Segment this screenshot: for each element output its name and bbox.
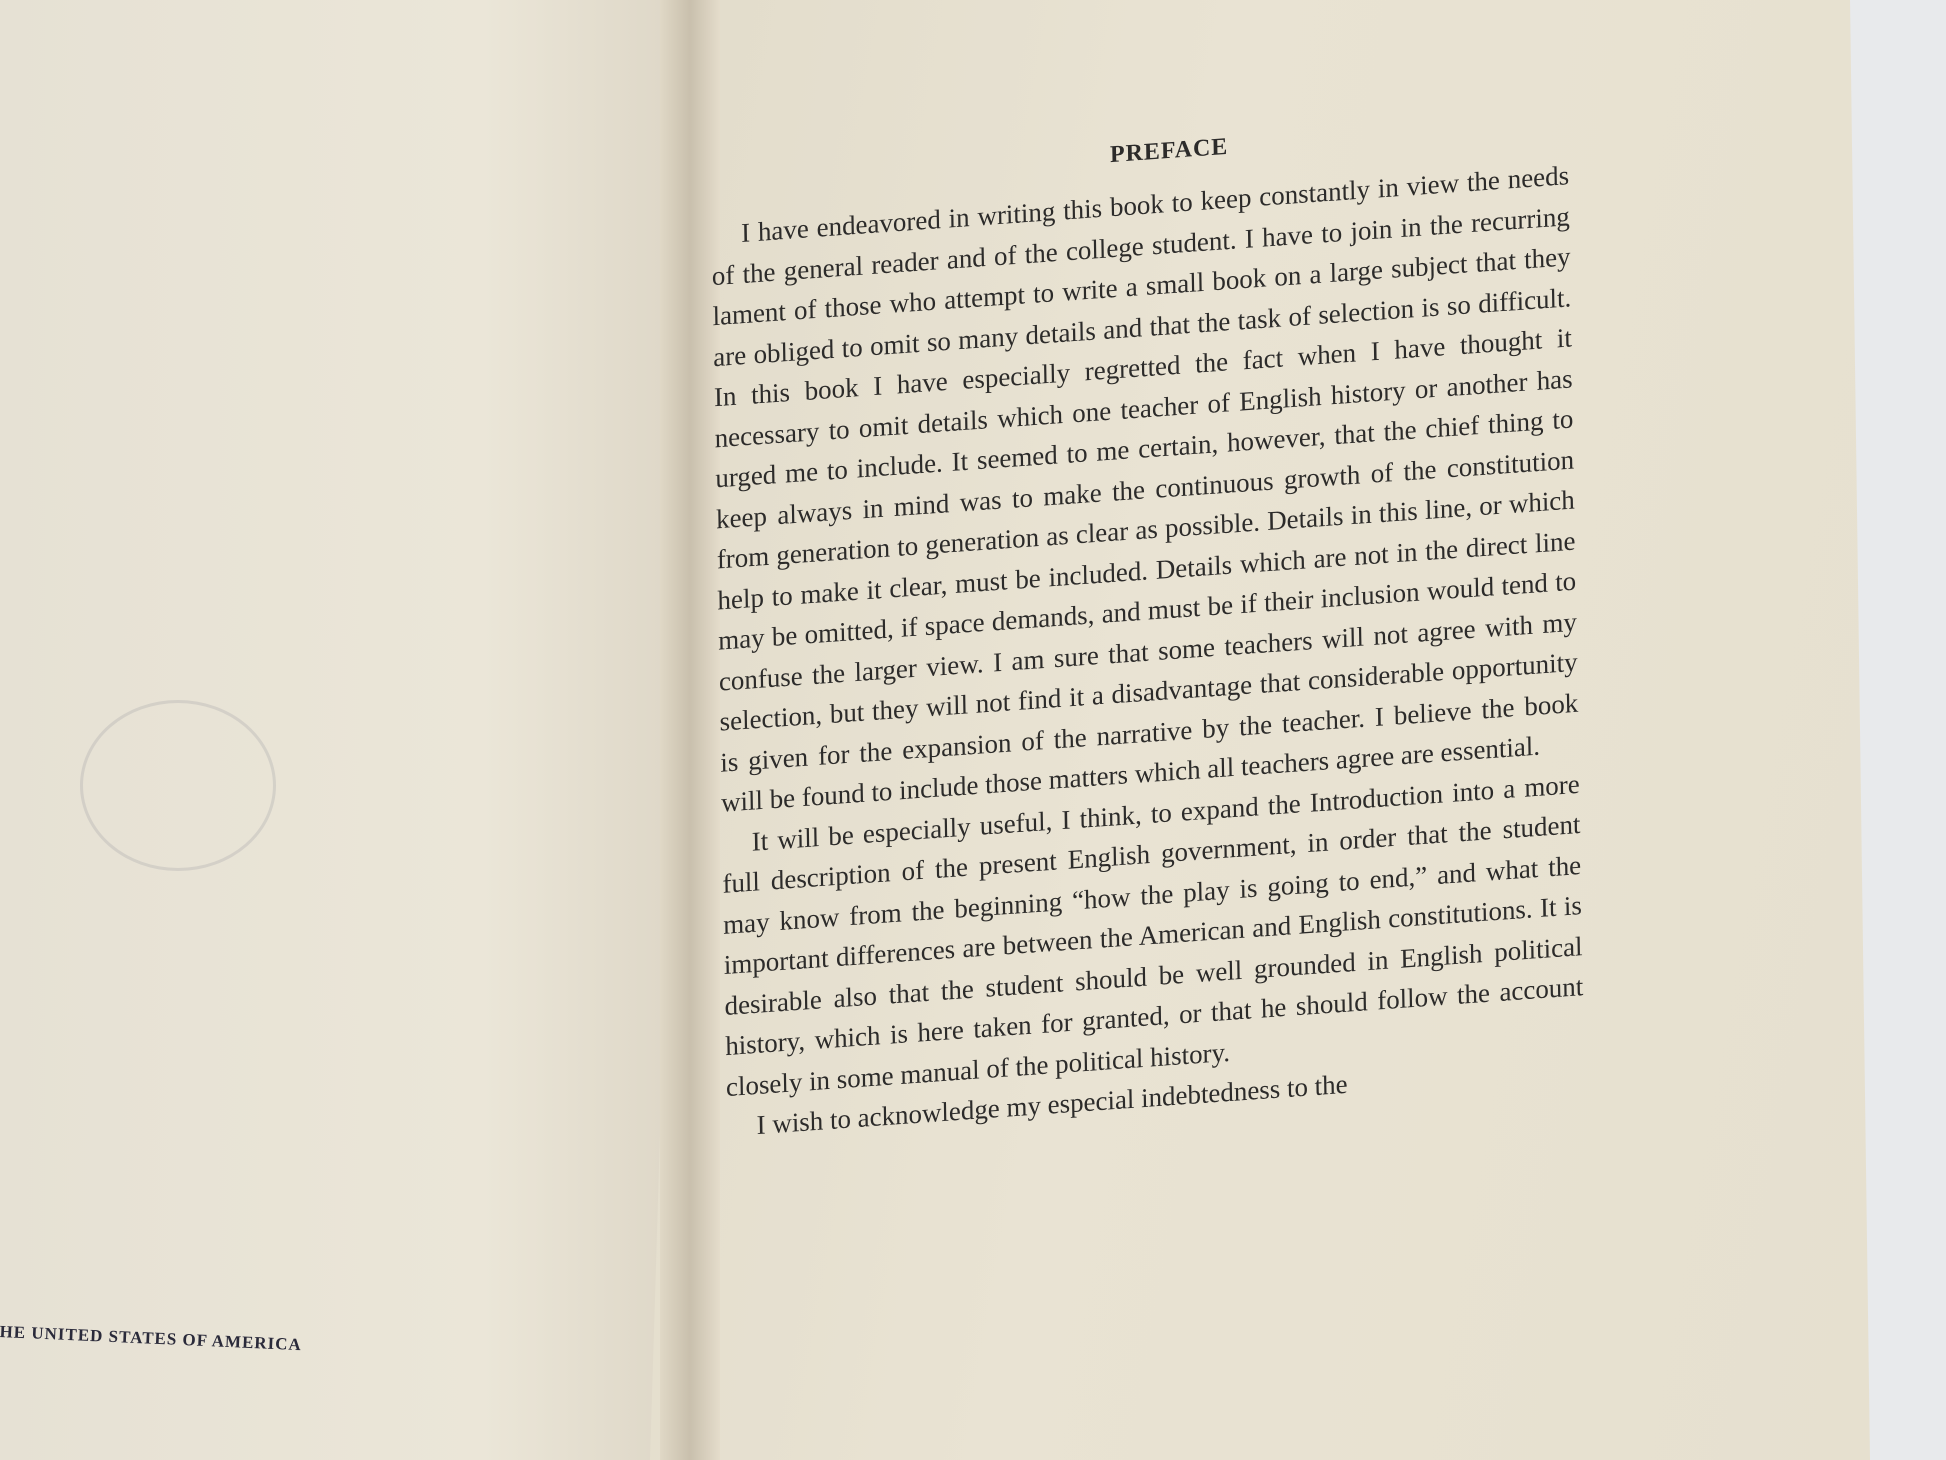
left-page: HE UNITED STATES OF AMERICA xyxy=(0,0,690,1460)
paragraph: I have endeavored in writing this book t… xyxy=(711,155,1580,823)
imprint-text: HE UNITED STATES OF AMERICA xyxy=(0,1322,302,1355)
preface-text: PREFACE I have endeavored in writing thi… xyxy=(710,110,1585,1148)
library-stamp xyxy=(80,700,276,871)
